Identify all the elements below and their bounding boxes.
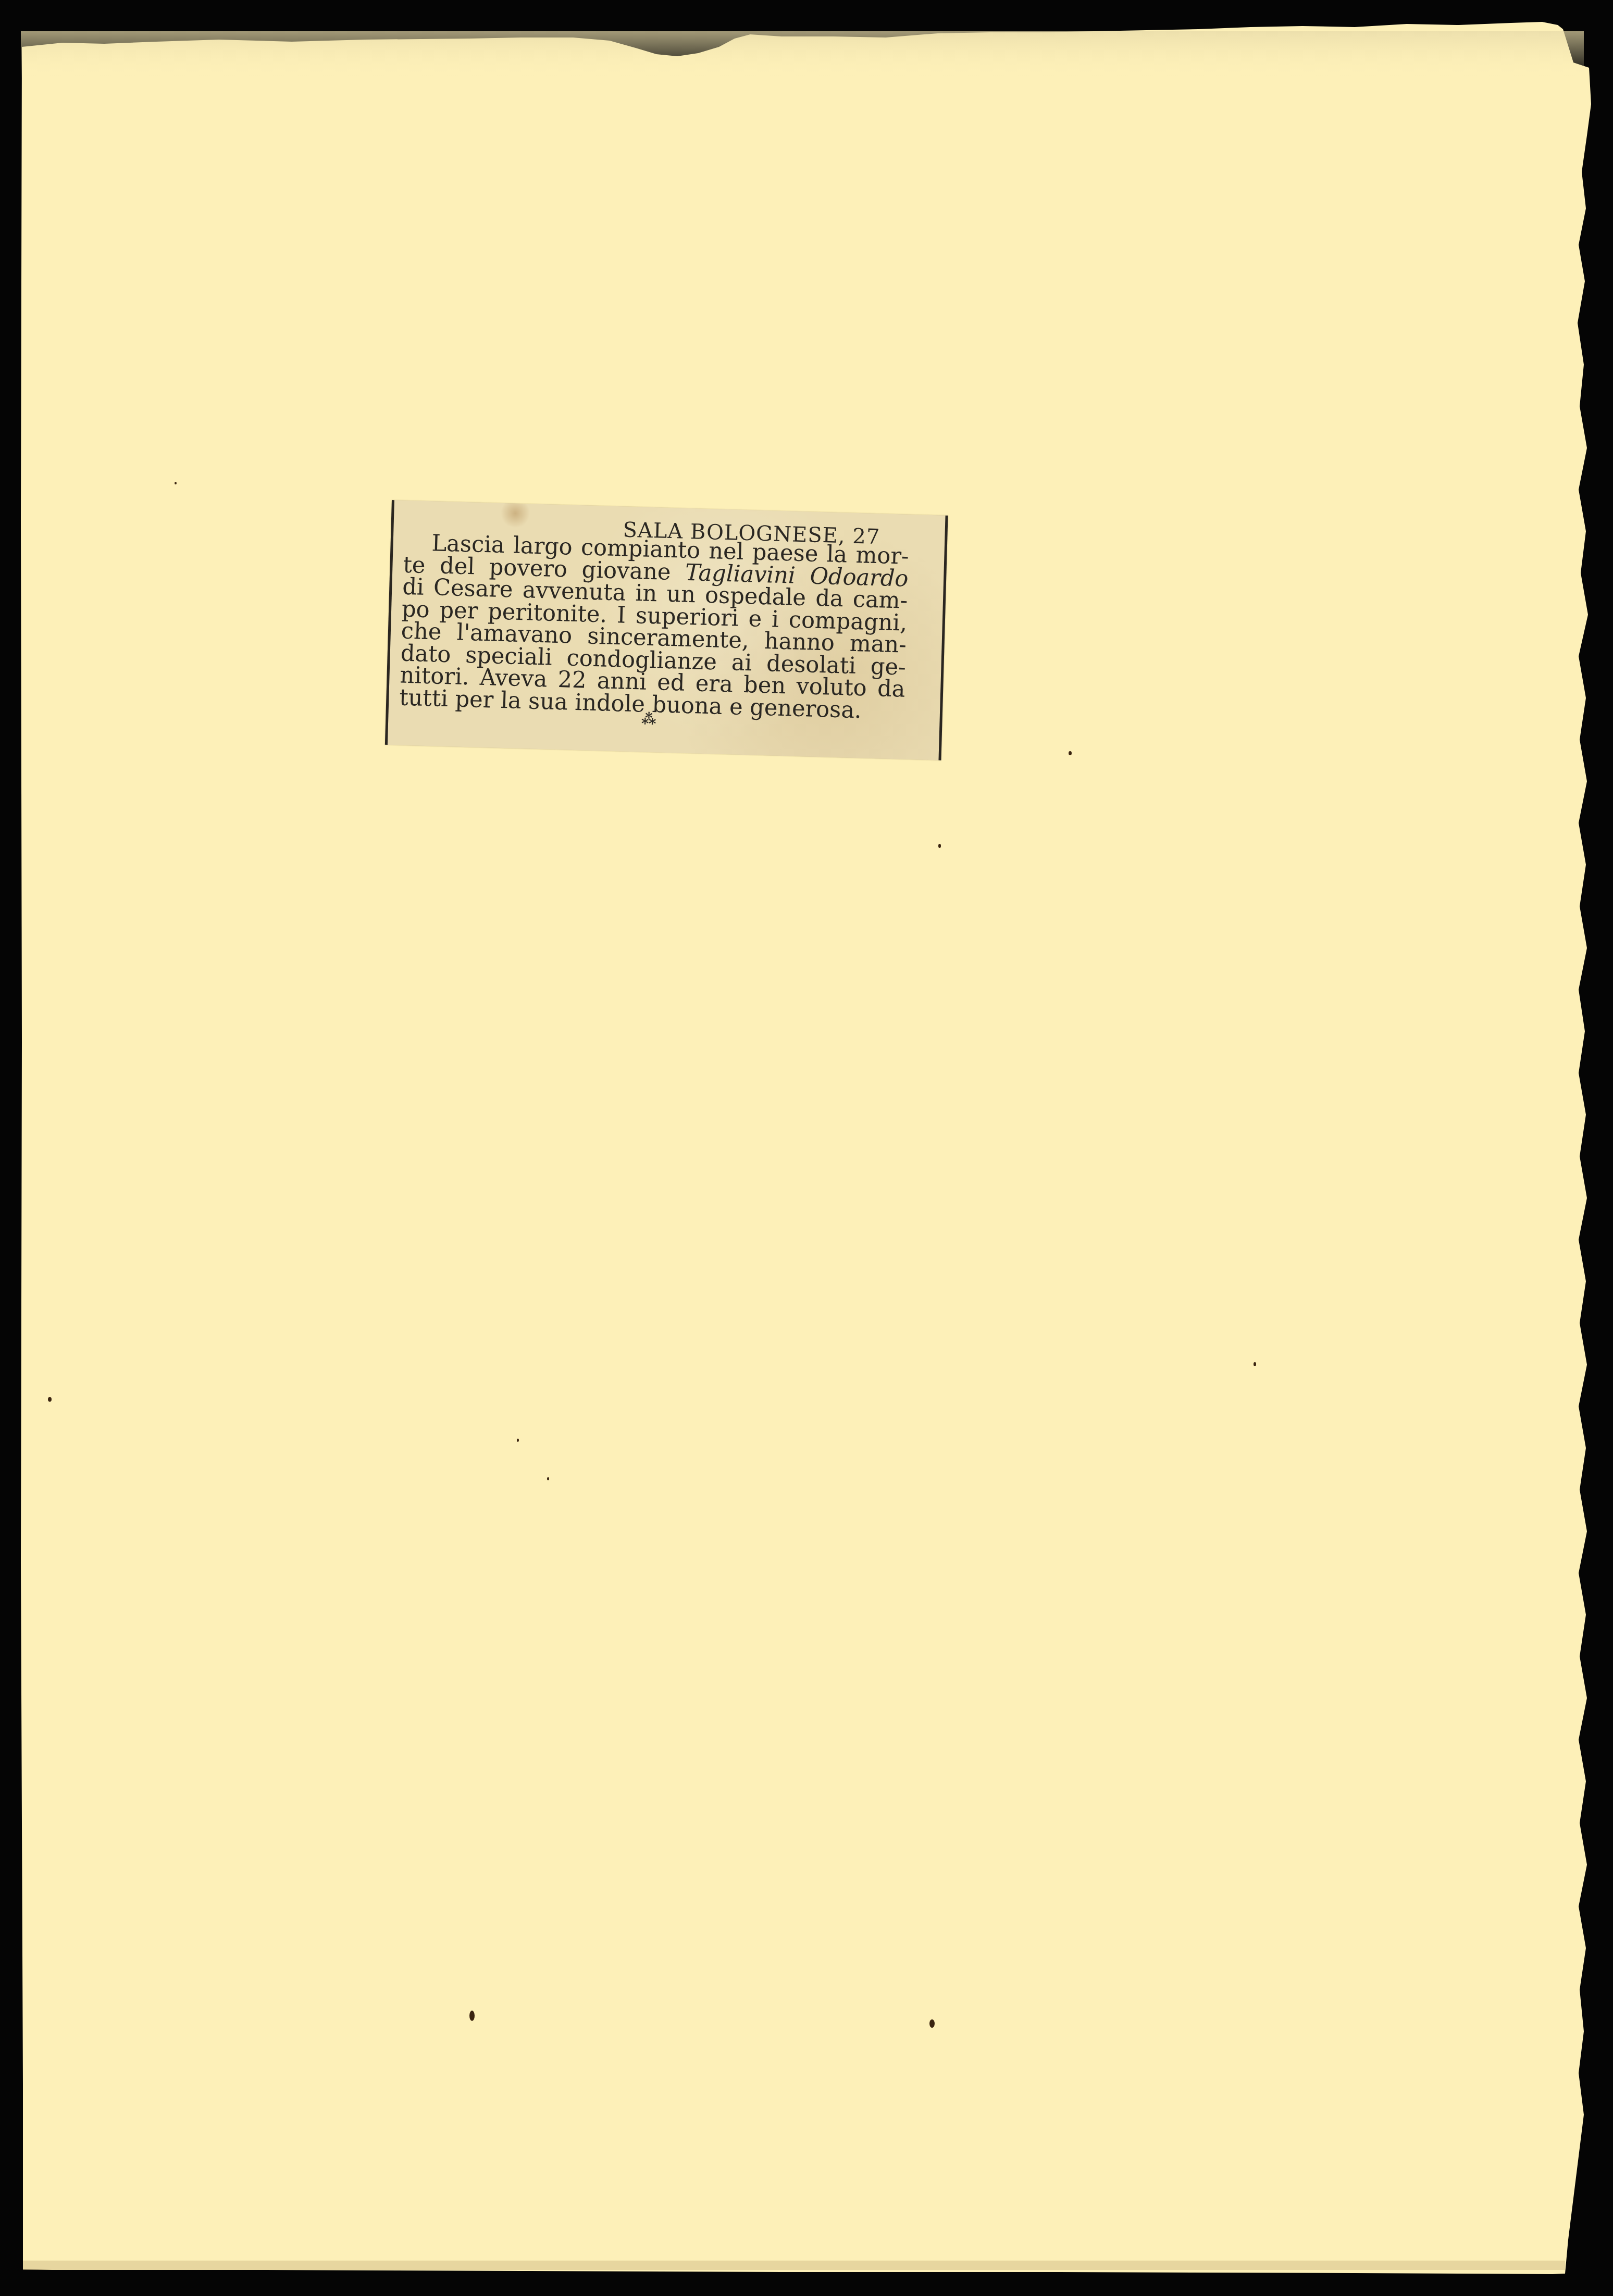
paper-speck <box>938 844 941 848</box>
paper-speck <box>1254 1362 1256 1366</box>
newspaper-clipping: SALA BOLOGNESE, 27 Lascia largo compiant… <box>385 500 948 760</box>
asterism-separator-icon: ⁂ <box>633 713 665 726</box>
paper-speck <box>175 482 177 484</box>
paper-speck <box>929 2019 935 2028</box>
paper-speck <box>547 1477 549 1480</box>
paper-speck <box>48 1397 52 1402</box>
paper-sheet <box>21 22 1591 2274</box>
paper-speck <box>469 2011 475 2021</box>
paper-speck <box>517 1439 519 1442</box>
clipping-body: Lascia largo compianto nel paese la mor-… <box>399 532 920 723</box>
paper-speck <box>1069 751 1072 755</box>
scanned-page <box>0 0 1613 2296</box>
